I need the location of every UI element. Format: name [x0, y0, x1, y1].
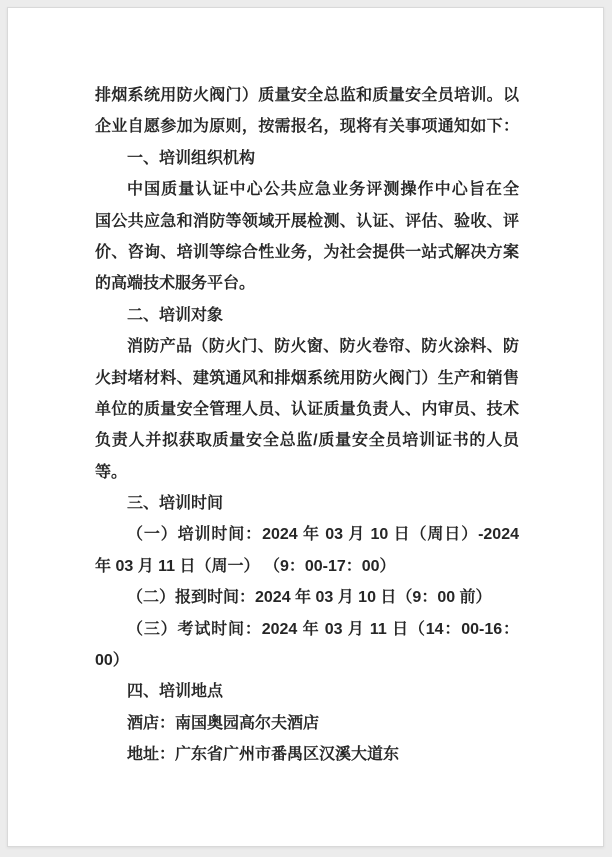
page-text: 排烟系统用防火阀门）质量安全总监和质量安全员培训。以 企业自愿参加为原则，按需报…: [95, 80, 519, 771]
text-line: 排烟系统用防火阀门）质量安全总监和质量安全员培训。以: [95, 80, 519, 111]
section-heading: 三、培训时间: [95, 488, 519, 519]
document-page: 排烟系统用防火阀门）质量安全总监和质量安全员培训。以 企业自愿参加为原则，按需报…: [7, 7, 604, 847]
document-viewer-background: 排烟系统用防火阀门）质量安全总监和质量安全员培训。以 企业自愿参加为原则，按需报…: [0, 0, 612, 857]
text-line: 等。: [95, 457, 519, 488]
text-line: 地址：广东省广州市番禺区汉溪大道东: [95, 739, 519, 770]
text-line: （一）培训时间：2024 年 03 月 10 日（周日）-2024: [95, 519, 519, 550]
text-line: 企业自愿参加为原则，按需报名，现将有关事项通知如下：: [95, 111, 519, 142]
text-line: 酒店：南国奥园高尔夫酒店: [95, 708, 519, 739]
text-line: （三）考试时间：2024 年 03 月 11 日（14：00-16：: [95, 614, 519, 645]
section-heading: 一、培训组织机构: [95, 143, 519, 174]
text-line: 年 03 月 11 日（周一） （9：00-17：00）: [95, 551, 519, 582]
section-heading: 二、培训对象: [95, 300, 519, 331]
text-line: （二）报到时间：2024 年 03 月 10 日（9：00 前）: [95, 582, 519, 613]
text-line: 消防产品（防火门、防火窗、防火卷帘、防火涂料、防: [95, 331, 519, 362]
text-line: 负责人并拟获取质量安全总监/质量安全员培训证书的人员: [95, 425, 519, 456]
text-line: 国公共应急和消防等领域开展检测、认证、评估、验收、评: [95, 206, 519, 237]
section-heading: 四、培训地点: [95, 676, 519, 707]
text-line: 火封堵材料、建筑通风和排烟系统用防火阀门）生产和销售: [95, 363, 519, 394]
text-line: 单位的质量安全管理人员、认证质量负责人、内审员、技术: [95, 394, 519, 425]
text-line: 的高端技术服务平台。: [95, 268, 519, 299]
text-line: 00）: [95, 645, 519, 676]
text-line: 价、咨询、培训等综合性业务，为社会提供一站式解决方案: [95, 237, 519, 268]
text-line: 中国质量认证中心公共应急业务评测操作中心旨在全: [95, 174, 519, 205]
